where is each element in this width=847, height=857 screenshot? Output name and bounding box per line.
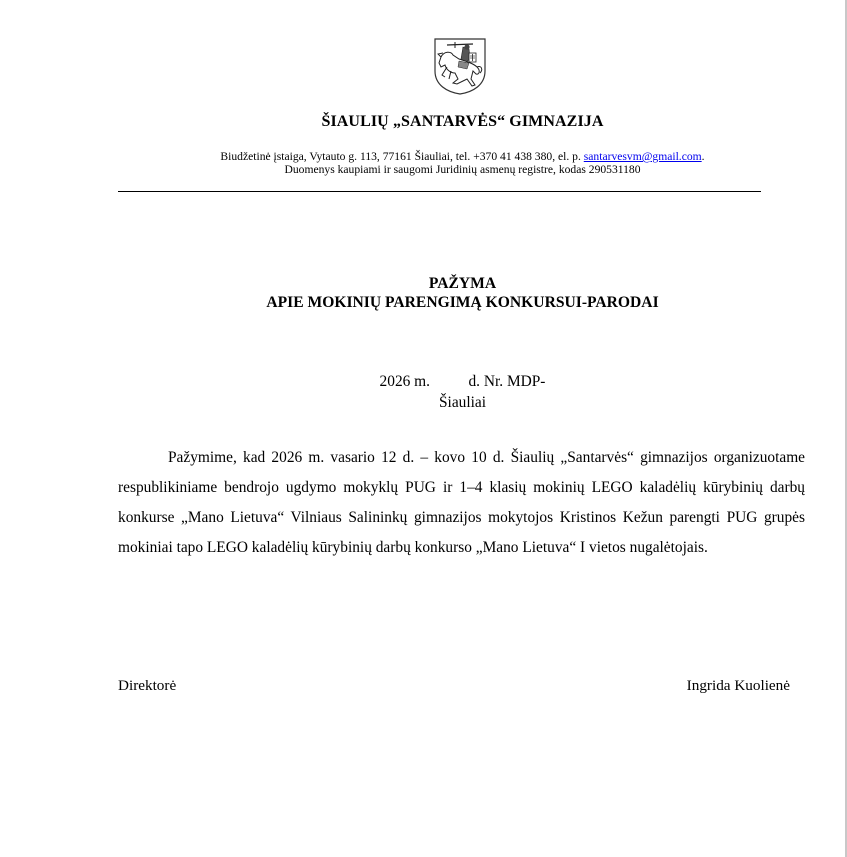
place-of-issue: Šiauliai — [0, 393, 847, 412]
signatory-name: Ingrida Kuolienė — [687, 676, 790, 695]
certificate-body: Pažymime, kad 2026 m. vasario 12 d. – ko… — [118, 443, 805, 563]
coat-of-arms-icon — [433, 37, 487, 95]
contact-info: Biudžetinė įstaiga, Vytauto g. 113, 7716… — [0, 150, 847, 163]
registry-info: Duomenys kaupiami ir saugomi Juridinių a… — [0, 163, 847, 176]
document-page: ŠIAULIŲ „SANTARVĖS“ GIMNAZIJA Biudžetinė… — [0, 0, 845, 857]
signatory-position: Direktorė — [118, 676, 176, 695]
document-title: PAŽYMA — [0, 274, 847, 293]
contact-suffix: . — [702, 150, 705, 163]
signature-block: Direktorė Ingrida Kuolienė — [118, 676, 790, 695]
contact-text: Biudžetinė įstaiga, Vytauto g. 113, 7716… — [220, 150, 583, 163]
document-subtitle: APIE MOKINIŲ PARENGIMĄ KONKURSUI-PARODAI — [0, 293, 847, 312]
header-divider — [118, 191, 761, 192]
school-name: ŠIAULIŲ „SANTARVĖS“ GIMNAZIJA — [0, 113, 847, 131]
date-number-line: 2026 m. d. Nr. MDP- — [0, 372, 847, 391]
email-link[interactable]: santarvesvm@gmail.com — [584, 150, 702, 163]
